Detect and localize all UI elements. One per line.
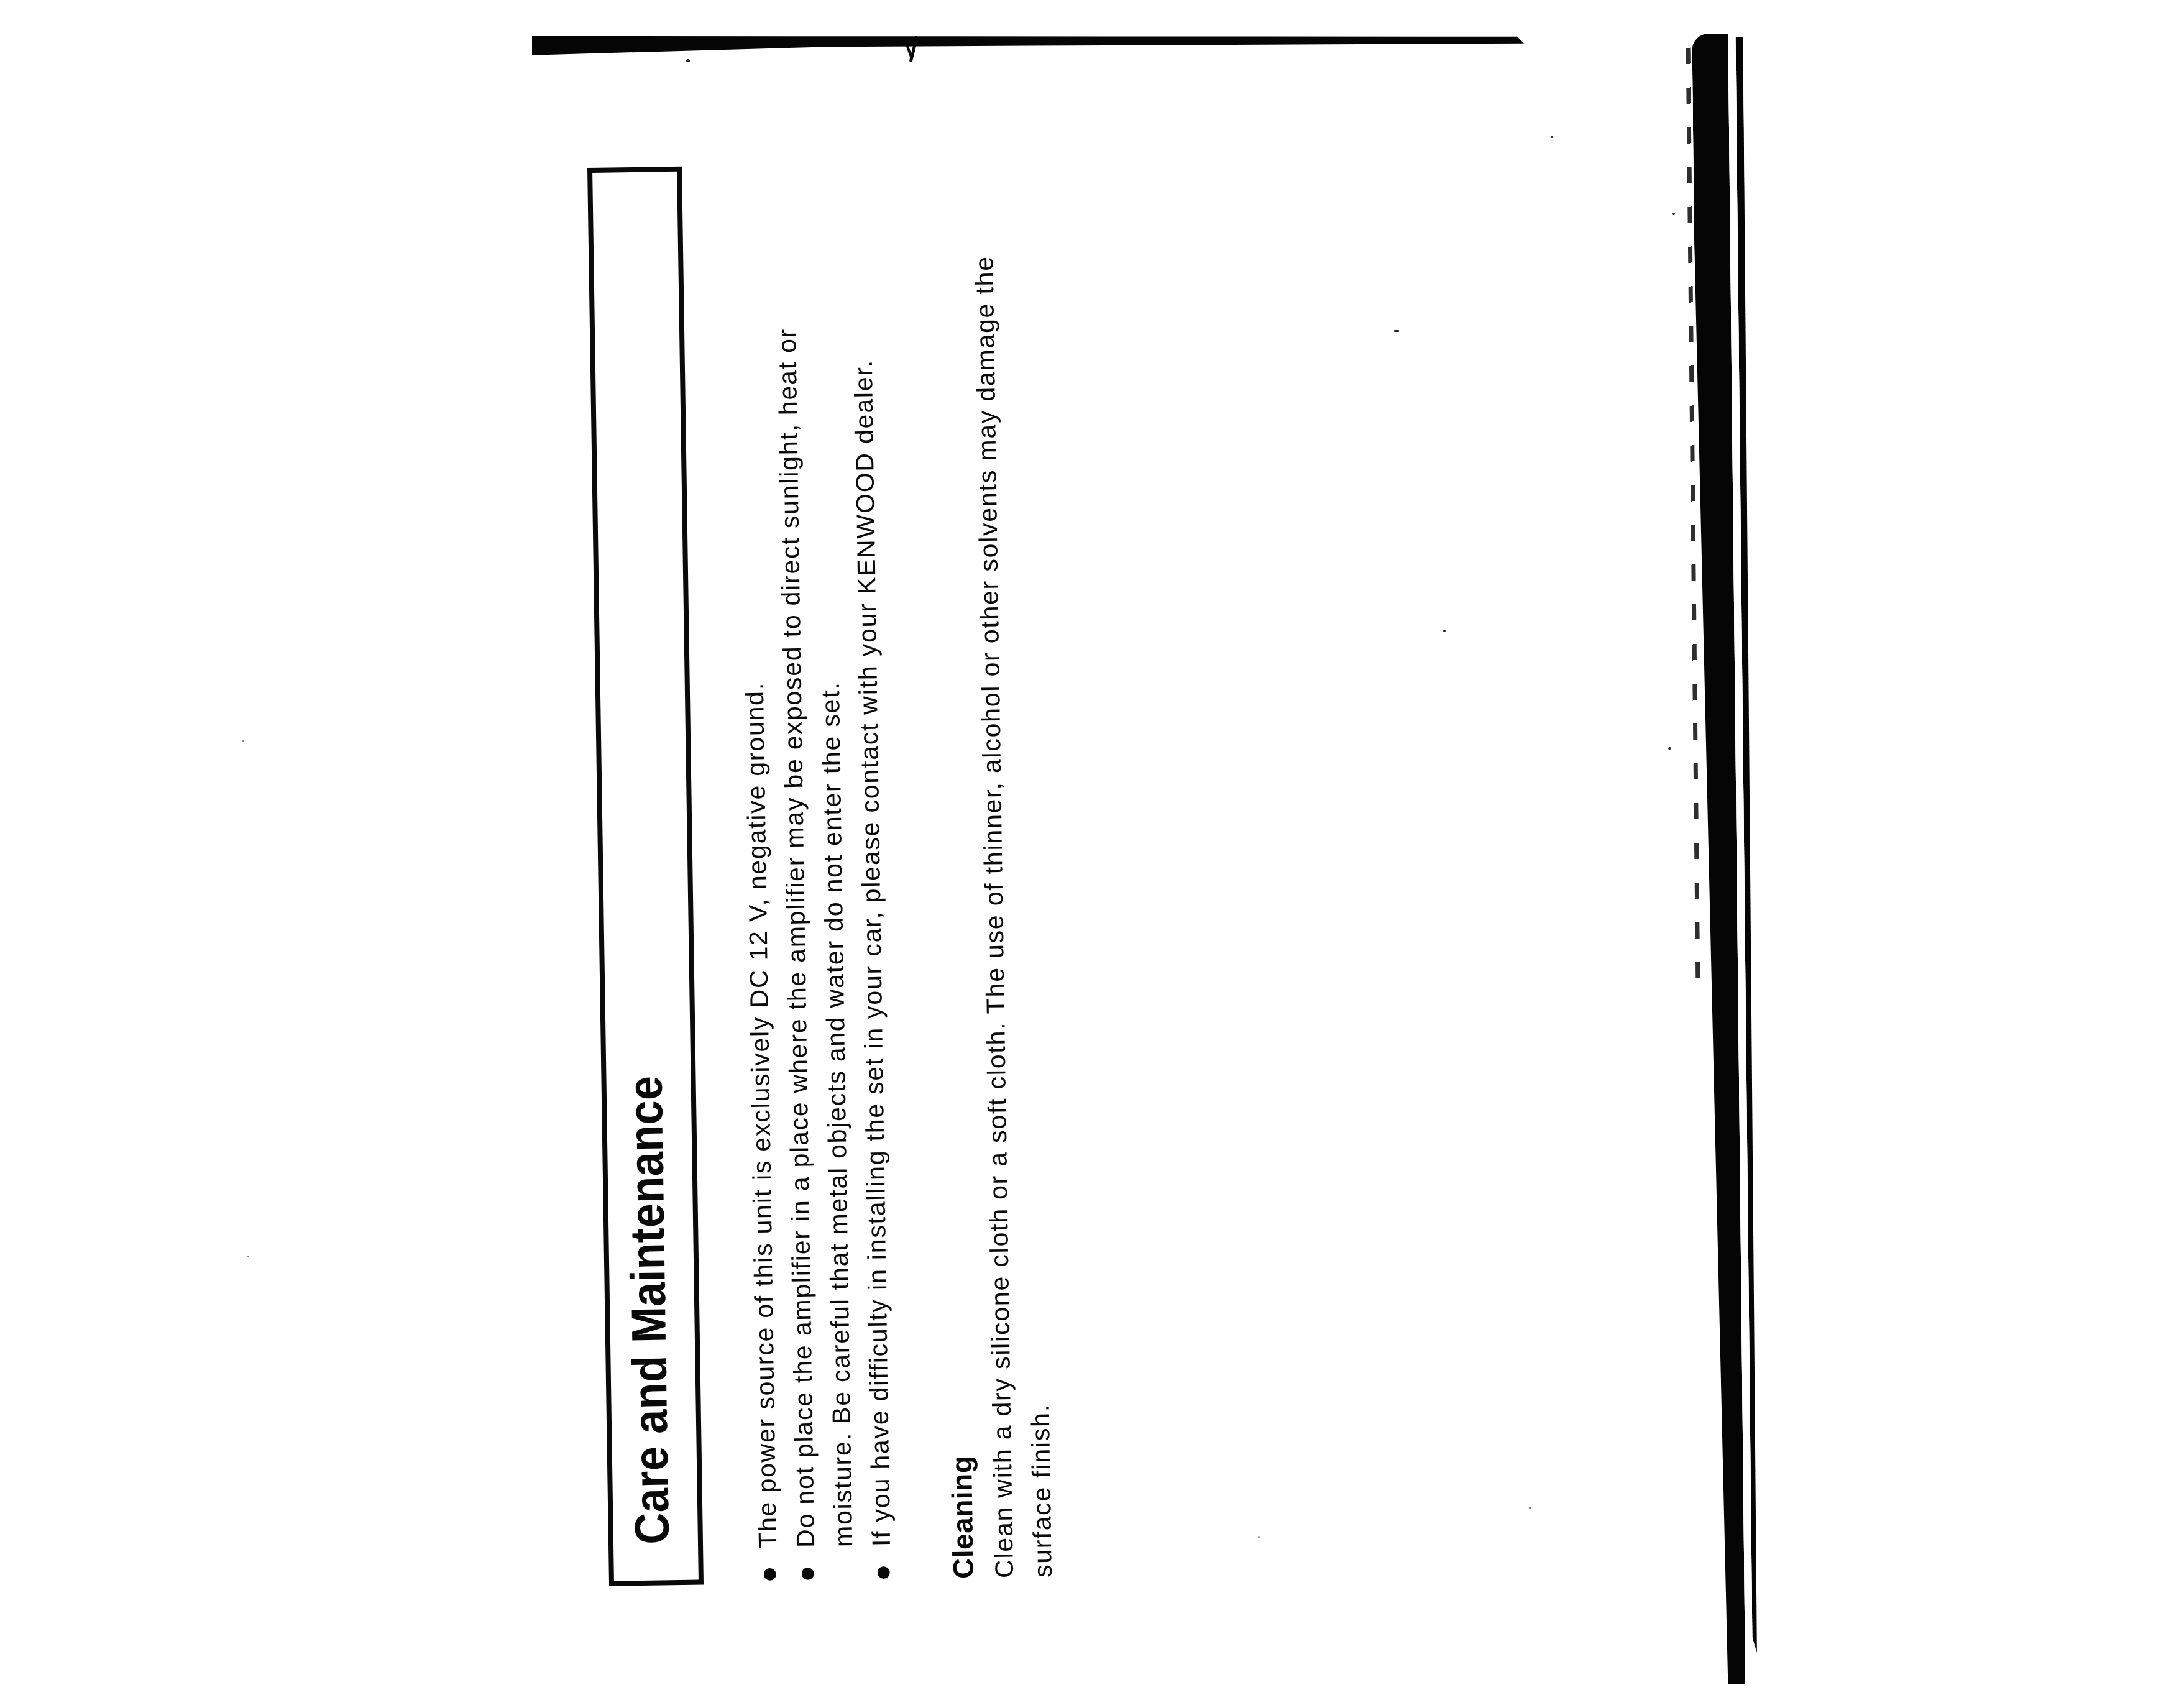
spine-band-main — [1692, 34, 1745, 1684]
speck — [686, 59, 690, 62]
speck — [247, 1256, 249, 1257]
speck — [1551, 136, 1553, 138]
speck — [1672, 213, 1675, 215]
cleaning-text-line: surface finish. — [1022, 1403, 1062, 1578]
ink-mark — [906, 36, 921, 65]
speck — [1529, 1507, 1531, 1509]
bullet-spacer — [853, 1547, 854, 1588]
cleaning-heading: Cleaning — [942, 1455, 983, 1579]
cleaning-text-line: Clean with a dry silicone cloth or a sof… — [965, 255, 1024, 1579]
scanned-manual-page: Care and Maintenance ●The power source o… — [0, 0, 2184, 1695]
bullet-icon: ● — [749, 1548, 787, 1589]
book-spine-shadow — [1689, 9, 1766, 1688]
bullet-icon: ● — [787, 1547, 825, 1589]
speck — [1668, 747, 1671, 750]
speck — [1394, 330, 1399, 332]
scan-top-edge-artifact — [532, 31, 1524, 57]
title-box: Care and Maintenance — [587, 167, 704, 1586]
rotated-content: Care and Maintenance ●The power source o… — [587, 160, 1138, 1620]
bullet-icon: ● — [863, 1546, 901, 1588]
speck — [1443, 630, 1446, 632]
speck — [242, 740, 244, 742]
page-title: Care and Maintenance — [617, 1075, 681, 1545]
speck — [1258, 1536, 1260, 1538]
